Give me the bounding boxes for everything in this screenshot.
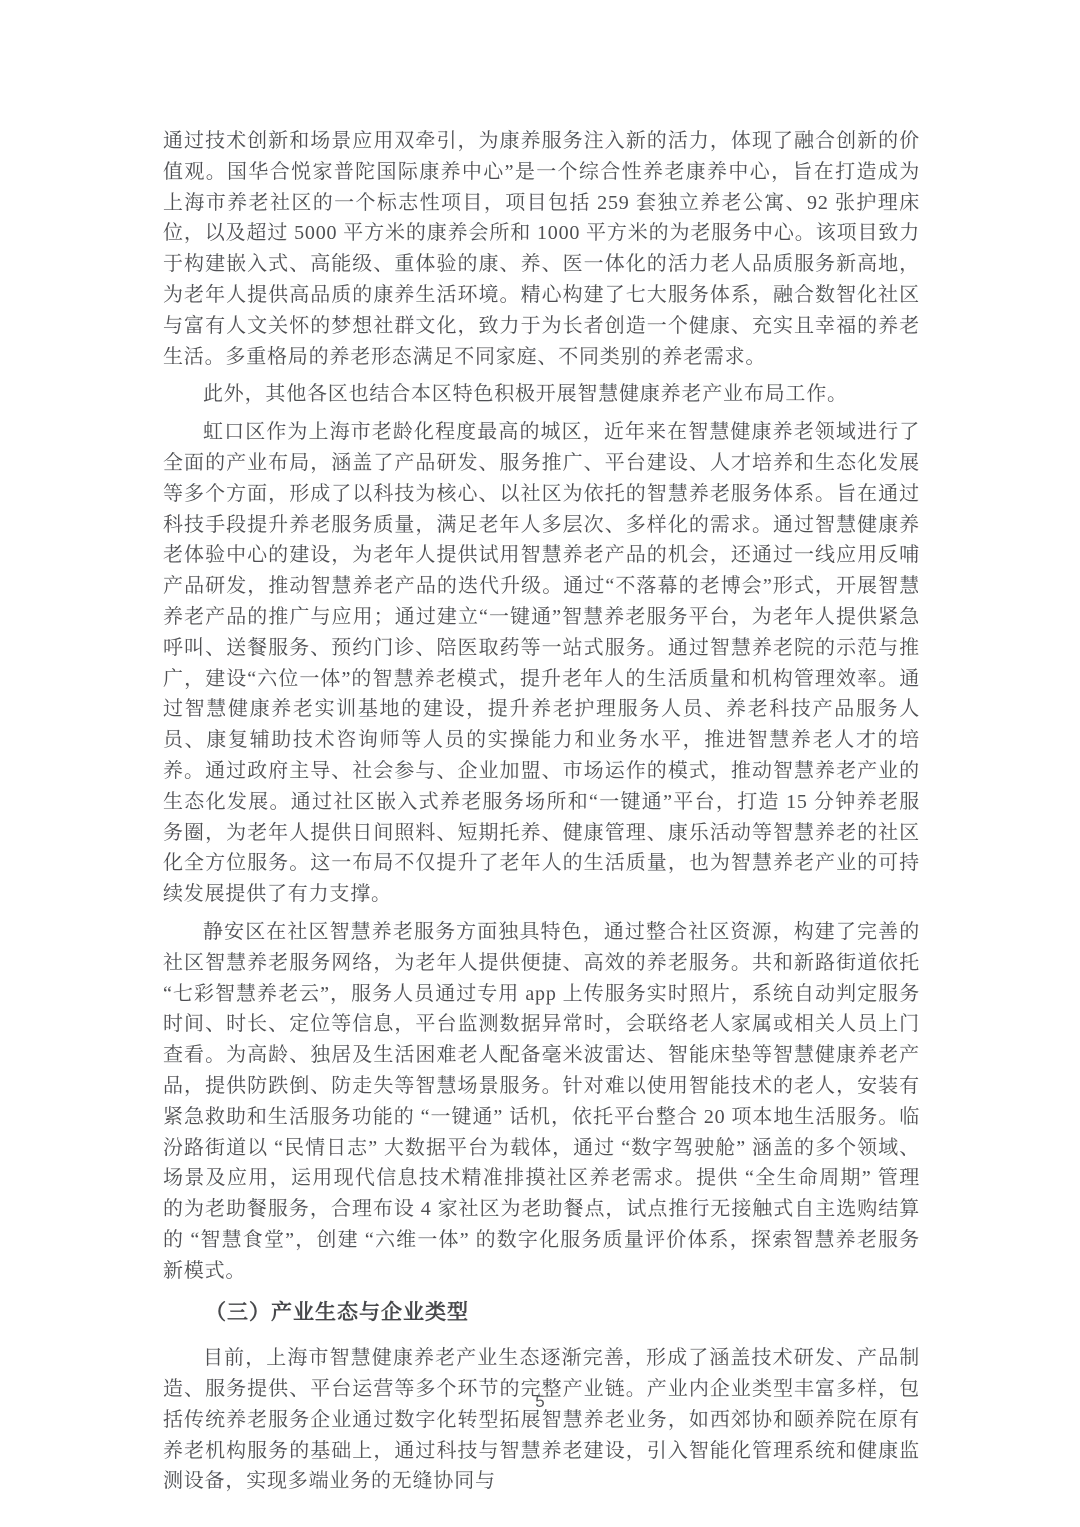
paragraph: 静安区在社区智慧养老服务方面独具特色，通过整合社区资源，构建了完善的社区智慧养老…	[163, 917, 920, 1287]
paragraph-continuation: 通过技术创新和场景应用双牵引，为康养服务注入新的活力，体现了融合创新的价值观。国…	[163, 126, 920, 372]
section-heading: （三）产业生态与企业类型	[163, 1298, 920, 1329]
paragraph: 虹口区作为上海市老龄化程度最高的城区，近年来在智慧健康养老领域进行了全面的产业布…	[163, 417, 920, 910]
document-page: 通过技术创新和场景应用双牵引，为康养服务注入新的活力，体现了融合创新的价值观。国…	[0, 0, 1080, 1527]
paragraph: 此外，其他各区也结合本区特色积极开展智慧健康养老产业布局工作。	[163, 379, 920, 410]
page-number: 5	[0, 1392, 1080, 1412]
document-body: 通过技术创新和场景应用双牵引，为康养服务注入新的活力，体现了融合创新的价值观。国…	[163, 126, 920, 1504]
paragraph: 目前，上海市智慧健康养老产业生态逐渐完善，形成了涵盖技术研发、产品制造、服务提供…	[163, 1343, 920, 1497]
